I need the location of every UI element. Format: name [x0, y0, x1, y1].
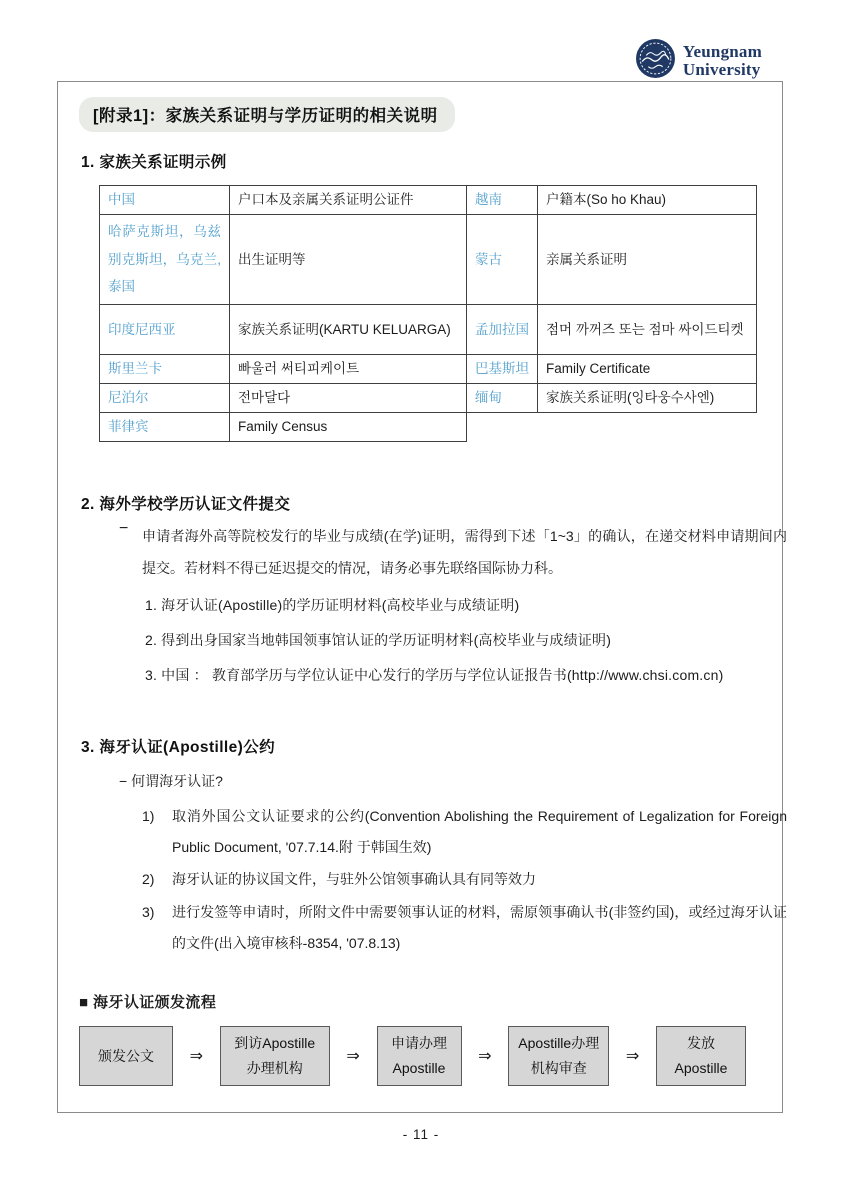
section2-intro: − 申请者海外高等院校发行的毕业与成绩(在学)证明，需得到下述「1~3」的确认，… — [119, 520, 764, 584]
item-number: 2) — [142, 864, 154, 895]
country-cell: 尼泊尔 — [100, 384, 230, 413]
dash-bullet: − — [119, 520, 128, 538]
arrow-right-icon: ⇒ — [173, 1046, 220, 1066]
content-frame: [附录1]：家族关系证明与学历证明的相关说明 1. 家族关系证明示例 中国 户口… — [57, 81, 783, 1113]
document-page: { "logo": { "line1": "Yeungnam", "line2"… — [0, 0, 842, 1191]
section1-heading: 1. 家族关系证明示例 — [81, 150, 764, 172]
flowchart-heading: ■ 海牙认证颁发流程 — [79, 991, 764, 1012]
flow-step-line2: Apostille — [675, 1056, 728, 1081]
flow-step-line1: 颁发公文 — [98, 1044, 154, 1069]
country-cell: 菲律宾 — [100, 413, 230, 442]
country-cell: 哈萨克斯坦，乌兹别克斯坦，乌克兰,泰国 — [100, 215, 230, 305]
appendix-banner-title: [附录1]：家族关系证明与学历证明的相关说明 — [79, 97, 455, 132]
document-cell: 家族关系证明(KARTU KELUARGA) — [230, 305, 467, 355]
document-cell: 出生证明等 — [230, 215, 467, 305]
list-item: 1. 海牙认证(Apostille)的学历证明材料(高校毕业与成绩证明) — [145, 588, 764, 623]
country-cell: 孟加拉国 — [467, 305, 538, 355]
country-cell: 斯里兰卡 — [100, 355, 230, 384]
country-cell: 中国 — [100, 186, 230, 215]
flow-step-line2: 办理机构 — [247, 1056, 303, 1081]
country-cell: 蒙古 — [467, 215, 538, 305]
item-text: 取消外国公文认证要求的公约(Convention Abolishing the … — [172, 801, 787, 863]
empty-cell — [538, 413, 757, 442]
table-row: 哈萨克斯坦，乌兹别克斯坦，乌克兰,泰国 出生证明等 蒙古 亲属关系证明 — [100, 215, 757, 305]
item-text: 进行发签等申请时，所附文件中需要领事认证的材料，需原领事确认书(非签约国)，或经… — [172, 897, 787, 959]
section2-heading: 2. 海外学校学历认证文件提交 — [81, 492, 764, 514]
document-cell: Family Census — [230, 413, 467, 442]
table-row: 中国 户口本及亲属关系证明公证件 越南 户籍本(So ho Khau) — [100, 186, 757, 215]
document-cell: 户口本及亲属关系证明公证件 — [230, 186, 467, 215]
section3-heading: 3. 海牙认证(Apostille)公约 — [81, 735, 764, 757]
document-cell: 户籍本(So ho Khau) — [538, 186, 757, 215]
document-cell: 전마달다 — [230, 384, 467, 413]
section3-subheading: − 何谓海牙认证? — [119, 767, 764, 796]
arrow-right-icon: ⇒ — [609, 1046, 656, 1066]
arrow-right-icon: ⇒ — [462, 1046, 509, 1066]
table-row: 斯里兰卡 빠울러 써티피케이트 巴基斯坦 Family Certificate — [100, 355, 757, 384]
empty-cell — [467, 413, 538, 442]
university-seal-icon — [635, 38, 676, 84]
flow-step-line2: 机构审查 — [531, 1056, 587, 1081]
section2-items: 1. 海牙认证(Apostille)的学历证明材料(高校毕业与成绩证明) 2. … — [145, 588, 764, 693]
document-cell: 점머 까꺼즈 또는 점마 싸이드티켓 — [538, 305, 757, 355]
list-item: 1) 取消外国公文认证要求的公约(Convention Abolishing t… — [142, 801, 787, 863]
page-number: - 11 - — [0, 1127, 842, 1142]
table-row: 菲律宾 Family Census — [100, 413, 757, 442]
list-item: 2. 得到出身国家当地韩国领事馆认证的学历证明材料(高校毕业与成绩证明) — [145, 623, 764, 658]
country-cell: 越南 — [467, 186, 538, 215]
university-logo: Yeungnam University — [635, 38, 762, 84]
country-cell: 印度尼西亚 — [100, 305, 230, 355]
country-cell: 巴基斯坦 — [467, 355, 538, 384]
document-cell: Family Certificate — [538, 355, 757, 384]
flow-step: 发放 Apostille — [656, 1026, 746, 1086]
university-name-line1: Yeungnam — [683, 43, 762, 61]
list-item: 2) 海牙认证的协议国文件，与驻外公馆领事确认具有同等效力 — [142, 864, 787, 895]
flow-step-line1: 申请办理 — [391, 1031, 447, 1056]
item-number: 3) — [142, 897, 154, 928]
apostille-flowchart: 颁发公文 ⇒ 到访Apostille 办理机构 ⇒ 申请办理 Apostille… — [79, 1026, 746, 1086]
flow-step: 颁发公文 — [79, 1026, 173, 1086]
list-item: 3) 进行发签等申请时，所附文件中需要领事认证的材料，需原领事确认书(非签约国)… — [142, 897, 787, 959]
flow-step-line1: Apostille办理 — [518, 1031, 599, 1056]
country-cell: 缅甸 — [467, 384, 538, 413]
flow-step: Apostille办理 机构审查 — [508, 1026, 609, 1086]
document-cell: 家族关系证明(잉타웅수사엔) — [538, 384, 757, 413]
arrow-right-icon: ⇒ — [330, 1046, 377, 1066]
university-name: Yeungnam University — [683, 43, 762, 80]
document-cell: 빠울러 써티피케이트 — [230, 355, 467, 384]
section2-intro-text: 申请者海外高等院校发行的毕业与成绩(在学)证明，需得到下述「1~3」的确认，在递… — [142, 520, 787, 584]
item-number: 1) — [142, 801, 154, 832]
flow-step: 到访Apostille 办理机构 — [220, 1026, 330, 1086]
flow-step-line1: 到访Apostille — [234, 1031, 315, 1056]
table-row: 印度尼西亚 家族关系证明(KARTU KELUARGA) 孟加拉国 점머 까꺼즈… — [100, 305, 757, 355]
flow-step-line2: Apostille — [393, 1056, 446, 1081]
document-cell: 亲属关系证明 — [538, 215, 757, 305]
university-name-line2: University — [683, 61, 762, 79]
item-text: 海牙认证的协议国文件，与驻外公馆领事确认具有同等效力 — [172, 864, 787, 895]
family-certificate-table: 中国 户口本及亲属关系证明公证件 越南 户籍本(So ho Khau) 哈萨克斯… — [99, 185, 757, 442]
flow-step: 申请办理 Apostille — [377, 1026, 462, 1086]
list-item: 3. 中国 ： 教育部学历与学位认证中心发行的学历与学位认证报告书(http:/… — [145, 658, 764, 693]
flow-step-line1: 发放 — [687, 1031, 715, 1056]
table-row: 尼泊尔 전마달다 缅甸 家族关系证明(잉타웅수사엔) — [100, 384, 757, 413]
